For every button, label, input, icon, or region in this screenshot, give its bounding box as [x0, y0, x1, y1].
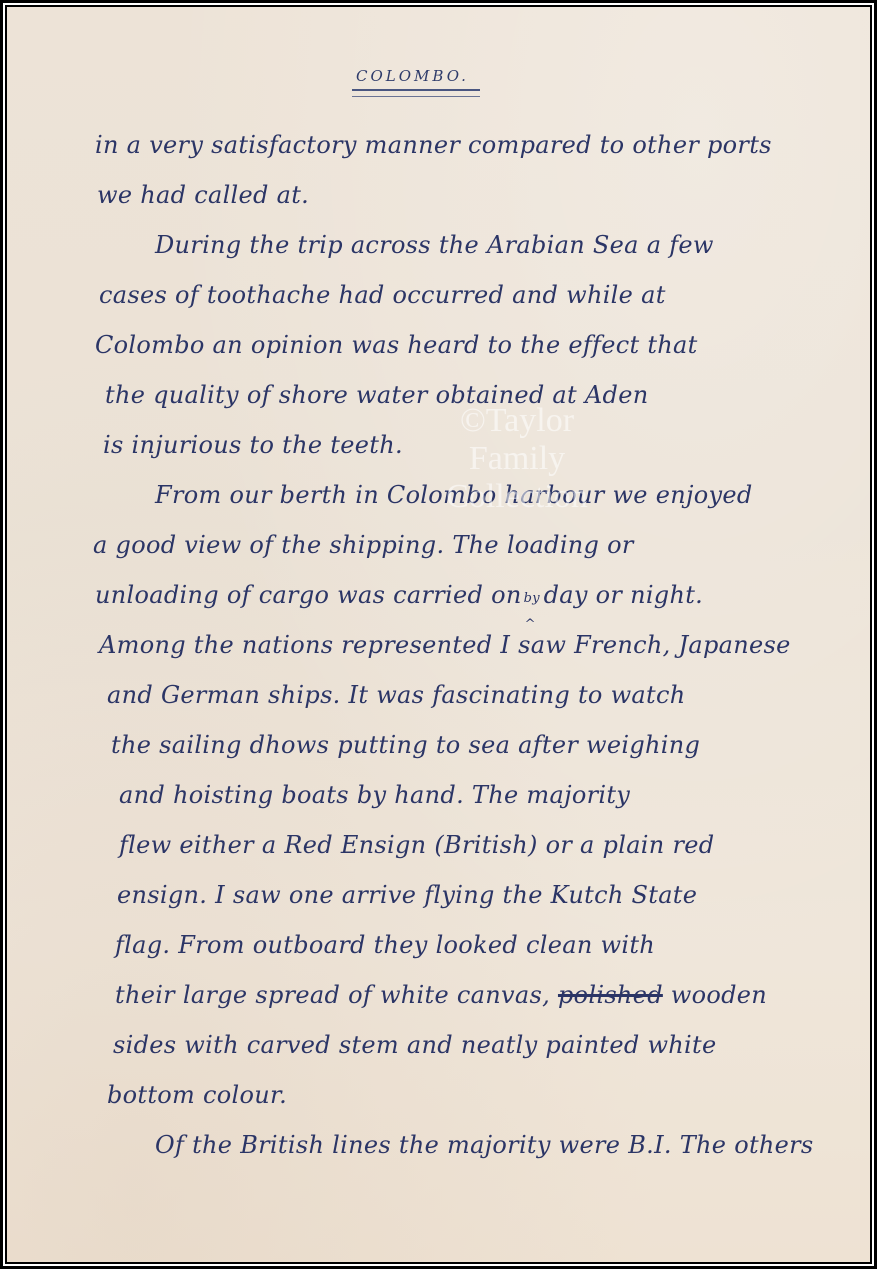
text-line: bottom colour.	[107, 1081, 287, 1109]
text-segment: wooden	[663, 981, 767, 1009]
text-line: the sailing dhows putting to sea after w…	[111, 731, 700, 759]
struck-word: polished	[558, 981, 663, 1009]
text-line: and German ships. It was fascinating to …	[107, 681, 685, 709]
insertion-text: by	[524, 591, 540, 606]
text-line: their large spread of white canvas, poli…	[115, 981, 767, 1009]
text-line: is injurious to the teeth.	[103, 431, 403, 459]
text-line: ensign. I saw one arrive flying the Kutc…	[117, 881, 697, 909]
title-underline	[352, 89, 480, 91]
text-line: in a very satisfactory manner compared t…	[95, 131, 772, 159]
text-line: a good view of the shipping. The loading…	[93, 531, 634, 559]
text-line: From our berth in Colombo harbour we enj…	[155, 481, 753, 509]
insertion-caret: ^	[525, 617, 536, 632]
text-line: During the trip across the Arabian Sea a…	[155, 231, 714, 259]
text-line: sides with carved stem and neatly painte…	[113, 1031, 716, 1059]
handwritten-page: COLOMBO. in a very satisfactory manner c…	[7, 7, 870, 1262]
text-line: cases of toothache had occurred and whil…	[99, 281, 666, 309]
text-line: the quality of shore water obtained at A…	[105, 381, 648, 409]
text-line: Colombo an opinion was heard to the effe…	[95, 331, 698, 359]
text-segment: day or night.	[536, 581, 703, 609]
text-line: we had called at.	[97, 181, 309, 209]
watermark-line: Family	[387, 440, 647, 478]
page-title: COLOMBO.	[356, 67, 469, 85]
text-line: unloading of cargo was carried onby^ day…	[95, 581, 703, 609]
text-line: Among the nations represented I saw Fren…	[99, 631, 791, 659]
title-underline-second	[352, 96, 480, 97]
text-segment: their large spread of white canvas,	[115, 981, 558, 1009]
text-line: flag. From outboard they looked clean wi…	[115, 931, 655, 959]
text-segment: unloading of cargo was carried on	[95, 581, 522, 609]
page-frame: COLOMBO. in a very satisfactory manner c…	[0, 0, 877, 1269]
text-line: flew either a Red Ensign (British) or a …	[119, 831, 714, 859]
text-line: and hoisting boats by hand. The majority	[119, 781, 630, 809]
text-line: Of the British lines the majority were B…	[155, 1131, 814, 1159]
